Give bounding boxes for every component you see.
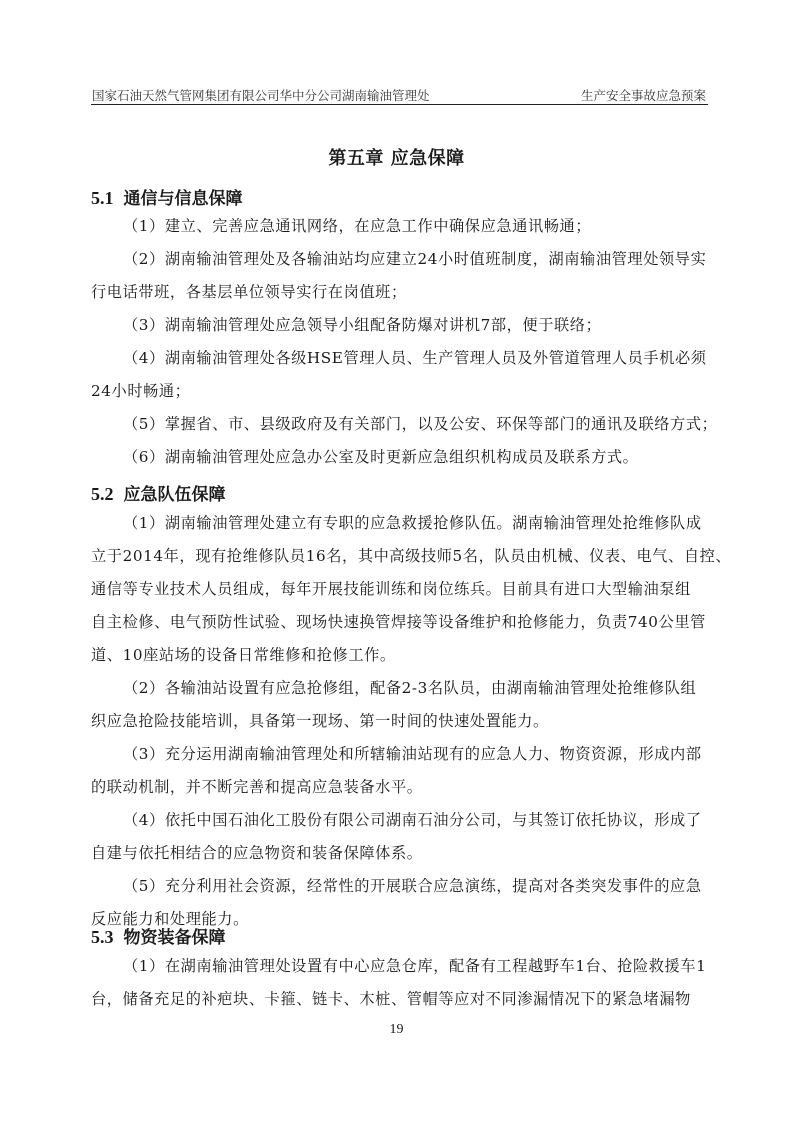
section-title: 物资装备保障: [124, 928, 226, 948]
paragraph-line: 道、10座站场的设备日常维修和抢修工作。: [91, 644, 708, 665]
paragraph-line: （5）充分利用社会资源，经常性的开展联合应急演练，提高对各类突发事件的应急: [123, 875, 708, 896]
paragraph-line: （3）充分运用湖南输油管理处和所辖输油站现有的应急人力、物资资源，形成内部: [123, 743, 708, 764]
section-title: 应急队伍保障: [124, 485, 226, 505]
chapter-title: 第五章 应急保障: [0, 144, 793, 170]
paragraph-line: 的联动机制，并不断完善和提高应急装备水平。: [91, 776, 708, 797]
section-heading-5-1: 5.1通信与信息保障: [91, 184, 243, 209]
header-document-title: 生产安全事故应急预案: [581, 86, 706, 104]
paragraph-line: （3）湖南输油管理处应急领导小组配备防爆对讲机7部，便于联络；: [123, 314, 708, 335]
page-header: 国家石油天然气管网集团有限公司华中分公司湖南输油管理处 生产安全事故应急预案: [91, 84, 708, 105]
paragraph-line: 自建与依托相结合的应急物资和装备保障体系。: [91, 842, 708, 863]
page-number: 19: [0, 1022, 793, 1038]
paragraph-line: 24小时畅通；: [91, 380, 708, 401]
paragraph-line: 通信等专业技术人员组成，每年开展技能训练和岗位练兵。目前具有进口大型输油泵组: [91, 578, 708, 599]
section-title: 通信与信息保障: [124, 189, 243, 209]
paragraph-line: （1）在湖南输油管理处设置有中心应急仓库，配备有工程越野车1台、抢险救援车1: [123, 955, 708, 976]
paragraph-line: 行电话带班，各基层单位领导实行在岗值班；: [91, 281, 708, 302]
header-organization: 国家石油天然气管网集团有限公司华中分公司湖南输油管理处: [92, 86, 430, 104]
paragraph-line: 台，储备充足的补疤块、卡箍、链卡、木桩、管帽等应对不同渗漏情况下的紧急堵漏物: [91, 988, 708, 1009]
paragraph-line: （1）湖南输油管理处建立有专职的应急救援抢修队伍。湖南输油管理处抢维修队成: [123, 512, 708, 533]
section-number: 5.2: [91, 484, 114, 504]
paragraph-line: （4）依托中国石油化工股份有限公司湖南石油分公司，与其签订依托协议，形成了: [123, 809, 708, 830]
paragraph-line: （6）湖南输油管理处应急办公室及时更新应急组织机构成员及联系方式。: [123, 446, 708, 467]
section-number: 5.3: [91, 927, 114, 947]
paragraph-line: （1）建立、完善应急通讯网络，在应急工作中确保应急通讯畅通；: [123, 215, 708, 236]
paragraph-line: 立于2014年，现有抢维修队员16名，其中高级技师5名，队员由机械、仪表、电气、…: [91, 545, 708, 566]
paragraph-line: 织应急抢险技能培训，具备第一现场、第一时间的快速处置能力。: [91, 710, 708, 731]
paragraph-line: （5）掌握省、市、县级政府及有关部门，以及公安、环保等部门的通讯及联络方式；: [123, 413, 708, 434]
paragraph-line: 自主检修、电气预防性试验、现场快速换管焊接等设备维护和抢修能力，负责740公里管: [91, 611, 708, 632]
paragraph-line: （2）湖南输油管理处及各输油站均应建立24小时值班制度，湖南输油管理处领导实: [123, 248, 708, 269]
section-heading-5-2: 5.2应急队伍保障: [91, 480, 226, 505]
paragraph-line: （2）各输油站设置有应急抢修组，配备2-3名队员，由湖南输油管理处抢维修队组: [123, 677, 708, 698]
section-number: 5.1: [91, 188, 114, 208]
section-heading-5-3: 5.3物资装备保障: [91, 923, 226, 948]
paragraph-line: （4）湖南输油管理处各级HSE管理人员、生产管理人员及外管道管理人员手机必须: [123, 347, 708, 368]
